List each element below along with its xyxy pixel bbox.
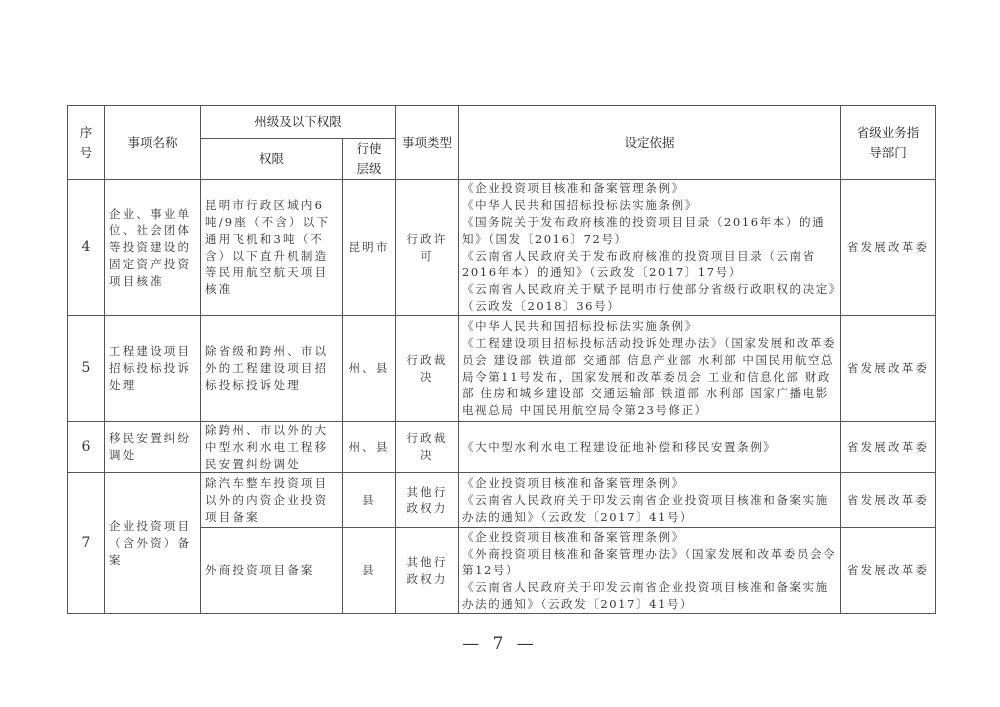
row-no: 6 bbox=[68, 422, 105, 473]
row-level: 州、县 bbox=[343, 422, 396, 473]
row-dept: 省发展改革委 bbox=[841, 180, 936, 316]
basis-line: 《大中型水利水电工程建设征地补偿和移民安置条例》 bbox=[462, 439, 837, 456]
row-item-name: 企业、事业单位、社会团体等投资建设的固定资产投资项目核准 bbox=[105, 180, 201, 316]
row-basis: 《中华人民共和国招标投标法实施条例》 《工程建设项目招标投标活动投诉处理办法》（… bbox=[459, 316, 841, 422]
table-row: 5 工程建设项目招标投标投诉处理 除省级和跨州、市以外的工程建设项目招标投标投诉… bbox=[68, 316, 936, 422]
row-basis: 《企业投资项目核准和备案管理条例》 《云南省人民政府关于印发云南省企业投资项目核… bbox=[459, 473, 841, 528]
row-item-name: 移民安置纠纷调处 bbox=[105, 422, 201, 473]
row-level: 昆明市 bbox=[343, 180, 396, 316]
row-dept: 省发展改革委 bbox=[841, 528, 936, 614]
header-no: 序号 bbox=[68, 106, 105, 180]
row-no: 4 bbox=[68, 180, 105, 316]
page-number: — 7 — bbox=[0, 634, 1000, 654]
basis-line: 《云南省人民政府关于赋予昆明市行使部分省级行政职权的决定》（云政发〔2018〕3… bbox=[462, 281, 837, 315]
basis-line: 《云南省人民政府关于发布政府核准的投资项目目录（云南省2016年本）的通知》（云… bbox=[462, 248, 837, 282]
row-no: 7 bbox=[68, 473, 105, 614]
header-authority-group: 州级及以下权限 bbox=[201, 106, 396, 139]
row-authority: 除省级和跨州、市以外的工程建设项目招标投标投诉处理 bbox=[201, 316, 343, 422]
row-no: 5 bbox=[68, 316, 105, 422]
header-basis: 设定依据 bbox=[459, 106, 841, 180]
row-authority: 除汽车整车投资项目以外的内资企业投资项目备案 bbox=[201, 473, 343, 528]
basis-line: 《中华人民共和国招标投标法实施条例》 bbox=[462, 197, 837, 214]
row-basis: 《大中型水利水电工程建设征地补偿和移民安置条例》 bbox=[459, 422, 841, 473]
row-authority: 除跨州、市以外的大中型水利水电工程移民安置纠纷调处 bbox=[201, 422, 343, 473]
row-level: 县 bbox=[343, 528, 396, 614]
header-dept: 省级业务指导部门 bbox=[841, 106, 936, 180]
row-item-type: 其他行政权力 bbox=[396, 473, 459, 528]
header-level: 行使层级 bbox=[343, 139, 396, 180]
row-dept: 省发展改革委 bbox=[841, 422, 936, 473]
row-level: 州、县 bbox=[343, 316, 396, 422]
row-dept: 省发展改革委 bbox=[841, 316, 936, 422]
row-basis: 《企业投资项目核准和备案管理条例》 《外商投资项目核准和备案管理办法》（国家发展… bbox=[459, 528, 841, 614]
header-item-type: 事项类型 bbox=[396, 106, 459, 180]
row-item-name: 工程建设项目招标投标投诉处理 bbox=[105, 316, 201, 422]
table-row: 7 企业投资项目（含外资）备案 除汽车整车投资项目以外的内资企业投资项目备案 县… bbox=[68, 473, 936, 528]
row-authority: 外商投资项目备案 bbox=[201, 528, 343, 614]
header-authority: 权限 bbox=[201, 139, 343, 180]
basis-line: 《企业投资项目核准和备案管理条例》 bbox=[462, 475, 837, 492]
basis-line: 《企业投资项目核准和备案管理条例》 bbox=[462, 529, 837, 546]
basis-line: 《工程建设项目招标投标活动投诉处理办法》（国家发展和改革委员会 建设部 铁道部 … bbox=[462, 335, 837, 419]
row-item-type: 行政裁决 bbox=[396, 422, 459, 473]
row-basis: 《企业投资项目核准和备案管理条例》 《中华人民共和国招标投标法实施条例》 《国务… bbox=[459, 180, 841, 316]
basis-line: 《云南省人民政府关于印发云南省企业投资项目核准和备案实施办法的通知》（云政发〔2… bbox=[462, 579, 837, 613]
table-row: 4 企业、事业单位、社会团体等投资建设的固定资产投资项目核准 昆明市行政区域内6… bbox=[68, 180, 936, 316]
basis-line: 《企业投资项目核准和备案管理条例》 bbox=[462, 180, 837, 197]
row-item-type: 行政许可 bbox=[396, 180, 459, 316]
header-item-name: 事项名称 bbox=[105, 106, 201, 180]
row-item-type: 其他行政权力 bbox=[396, 528, 459, 614]
basis-line: 《中华人民共和国招标投标法实施条例》 bbox=[462, 318, 837, 335]
row-item-type: 行政裁决 bbox=[396, 316, 459, 422]
basis-line: 《云南省人民政府关于印发云南省企业投资项目核准和备案实施办法的通知》（云政发〔2… bbox=[462, 492, 837, 526]
authority-list-table: 序号 事项名称 州级及以下权限 事项类型 设定依据 省级业务指导部门 权限 行使… bbox=[67, 105, 936, 614]
basis-line: 《外商投资项目核准和备案管理办法》（国家发展和改革委员会令第12号） bbox=[462, 546, 837, 580]
row-authority: 昆明市行政区域内6吨/9座（不含）以下通用飞机和3吨（不含）以下直升机制造等民用… bbox=[201, 180, 343, 316]
row-dept: 省发展改革委 bbox=[841, 473, 936, 528]
table-row: 6 移民安置纠纷调处 除跨州、市以外的大中型水利水电工程移民安置纠纷调处 州、县… bbox=[68, 422, 936, 473]
basis-line: 《国务院关于发布政府核准的投资项目目录（2016年本）的通知》（国发〔2016〕… bbox=[462, 214, 837, 248]
row-item-name: 企业投资项目（含外资）备案 bbox=[105, 473, 201, 614]
row-level: 县 bbox=[343, 473, 396, 528]
